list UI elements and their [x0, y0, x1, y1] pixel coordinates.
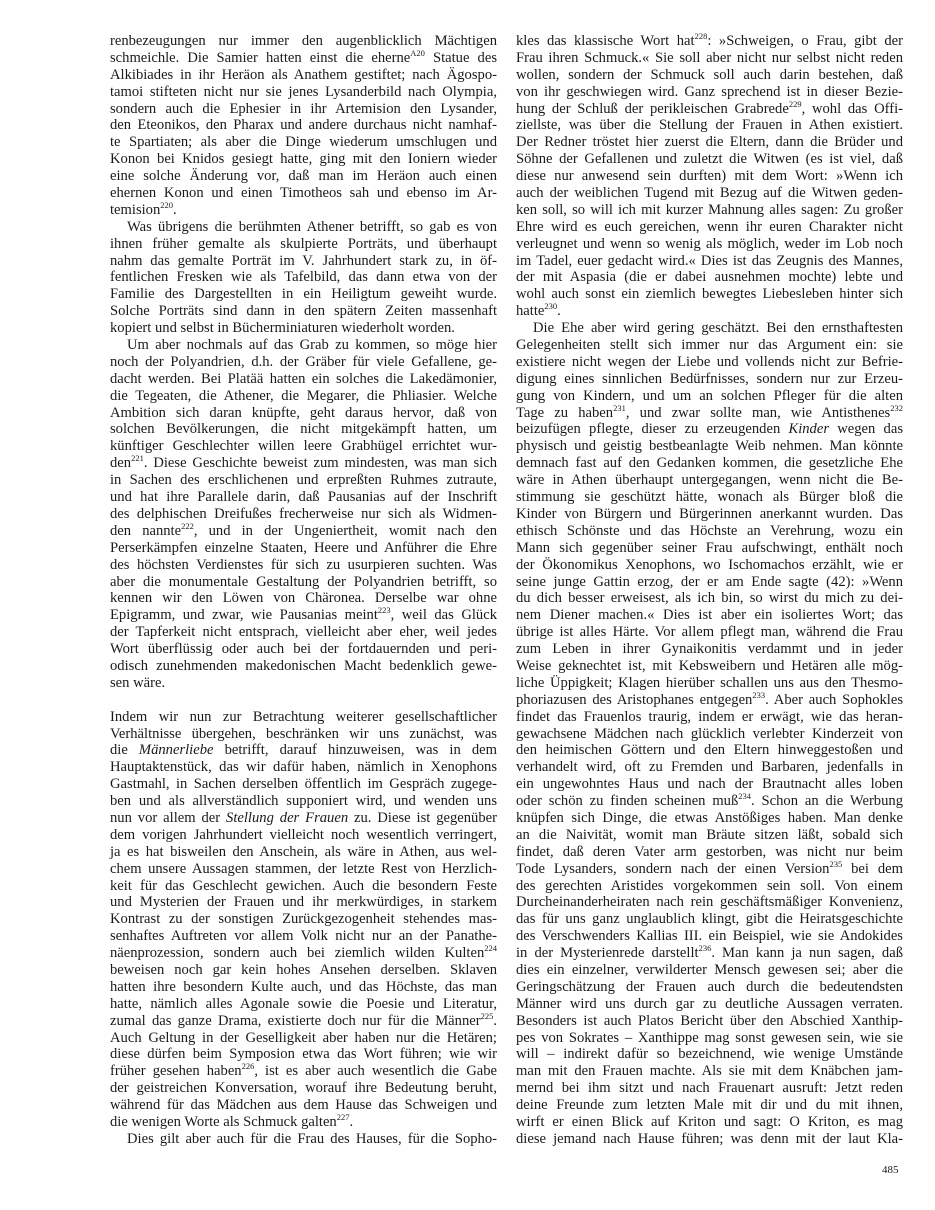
right-column: kles das klassische Wort hat228: »Schwei…: [516, 33, 903, 1148]
text-line: in Sachen des erschlichenen und erpreßte…: [110, 472, 497, 489]
text-line: Wort überflüssig oder auch bei der fortd…: [110, 641, 497, 658]
text-line: liche Üppigkeit; Klagen hierüber schalle…: [516, 675, 903, 692]
text-line: Der Redner tröstet hier zuerst die Elter…: [516, 134, 903, 151]
text-line: den heimischen Göttern und den Eltern hi…: [516, 742, 903, 759]
text-line: den nannte222, und in der Ungeniertheit,…: [110, 523, 497, 540]
text-line: Epigramm, und zwar, wie Pausanias meint2…: [110, 607, 497, 624]
text-line: Auch Geltung in der Geselligkeit aber ha…: [110, 1030, 497, 1047]
text-line: temision220.: [110, 202, 497, 219]
text-line: zum Leben in ihrer Gynaikonitis verdammt…: [516, 641, 903, 658]
text-line: man mit den Frauen machte. Als sie mit d…: [516, 1063, 903, 1080]
text-line: te Spartiaten; als aber die Dinge wieder…: [110, 134, 497, 151]
text-line: Männer wird uns durch gar zu deutliche A…: [516, 996, 903, 1013]
text-line: fentlichen Fresken wie als Tafelbild, da…: [110, 269, 497, 286]
text-line: phoriazusen des Aristophanes entgegen233…: [516, 692, 903, 709]
text-line: hatte230.: [516, 303, 903, 320]
text-line: ein ungewohntes Haus und nach der Brautn…: [516, 776, 903, 793]
text-line: aber die monumentale Gestaltung der Poly…: [110, 574, 497, 591]
text-line: beweisen noch gar kein hohes Ansehen der…: [110, 962, 497, 979]
text-line: mernd bei ihm sitzt und nach Frauenart a…: [516, 1080, 903, 1097]
text-line: Was übrigens die berühmten Athener betri…: [110, 219, 497, 236]
text-line: stimmung sie geschützt hätte, wonach als…: [516, 489, 903, 506]
left-column: renbezeugungen nur immer den augenblickl…: [110, 33, 497, 1148]
text-line: den Eteonikos, den Pharax und andere dur…: [110, 117, 497, 134]
text-line: Perserkämpfen einzelne Staaten, Heere un…: [110, 540, 497, 557]
text-line: Ehre wird es euch gereichen, wenn ihr eu…: [516, 219, 903, 236]
text-line: ethisch Schönste und das Höchste an Vere…: [516, 523, 903, 540]
text-line: die Tegeaten, die Athener, die Megarer, …: [110, 388, 497, 405]
text-line: des delphischen Dreifußes frecherweise n…: [110, 506, 497, 523]
text-line: Verhältnisse übergehen, beschränken wir …: [110, 726, 497, 743]
text-line: diese jemand nach Hause führen; was denn…: [516, 1131, 903, 1148]
text-line: dem vorigen Jahrhundert vielleicht noch …: [110, 827, 497, 844]
text-line: noch der Polyandrien, d.h. der Gräber fü…: [110, 354, 497, 371]
text-line: ihnen früher gemalte als skulpierte Port…: [110, 236, 497, 253]
text-line: ziellste, was über die Stellung der Frau…: [516, 117, 903, 134]
text-line: und Mysterien der Frauen und ihr merkwür…: [110, 894, 497, 911]
text-line: Alkibiades in ihr Heräon als Anathem ges…: [110, 67, 497, 84]
text-line: Kinder von Bürgern und Bürgerinnen anerk…: [516, 506, 903, 523]
text-line: den221. Diese Geschichte beweist zum min…: [110, 455, 497, 472]
text-line: der mit Aspasia (die er dabei ausnehmen …: [516, 269, 903, 286]
text-line: nem Diener machen.« Dies ist aber ein is…: [516, 607, 903, 624]
text-line: Konon bei Knidos gesiegt hatte, ging mit…: [110, 151, 497, 168]
text-line: kles das klassische Wort hat228: »Schwei…: [516, 33, 903, 50]
text-line: diese nur anwesend sein durften) mit dem…: [516, 168, 903, 185]
text-line: Gastmahl, in Sachen derselben öffentlich…: [110, 776, 497, 793]
text-line: der Tapferkeit nicht entsprach, vielleic…: [110, 624, 497, 641]
text-line: übrige ist alles Härte. Vor allem pflegt…: [516, 624, 903, 641]
text-line: die Männerliebe betrifft, darauf hinzuwe…: [110, 742, 497, 759]
paragraph-gap: [110, 692, 497, 709]
text-line: der geistreichen Konversation, worauf ih…: [110, 1080, 497, 1097]
text-line: findet das Frauenlos traurig, indem er e…: [516, 709, 903, 726]
text-line: gewachsene Mädchen nach glücklich verleb…: [516, 726, 903, 743]
text-line: oder schön zu finden scheinen muß234. Sc…: [516, 793, 903, 810]
text-line: hatte, nämlich alles Agonale sowie die P…: [110, 996, 497, 1013]
text-line: odisch zunehmenden makedonischen Macht b…: [110, 658, 497, 675]
text-line: Die Ehe aber wird gering geschätzt. Bei …: [516, 320, 903, 337]
text-line: will – indirekt dafür so bezeichnend, wi…: [516, 1046, 903, 1063]
text-line: keit für das Geschlecht gewichen. Auch d…: [110, 878, 497, 895]
text-line: zumal das ganze Drama, existierte doch n…: [110, 1013, 497, 1030]
text-line: verhandelt wird, oft zu Fremden und Barb…: [516, 759, 903, 776]
text-line: senhaftes Auftreten vor allem Volk nicht…: [110, 928, 497, 945]
text-line: Tode Lysanders, sondern nach der einen V…: [516, 861, 903, 878]
text-line: hung der Schluß der perikleischen Grabre…: [516, 101, 903, 118]
text-line: pes von Sokrates – Xanthippe mag sonst g…: [516, 1030, 903, 1047]
text-line: Hauptaktenstück, das wir dafür haben, nä…: [110, 759, 497, 776]
text-line: während für das Mädchen aus dem Hause da…: [110, 1097, 497, 1114]
text-line: Söhne der Gefallenen und zuletzt die Wit…: [516, 151, 903, 168]
text-line: Dies gilt aber auch für die Frau des Hau…: [110, 1131, 497, 1148]
text-line: Frau ihren Schmuck.« Sie soll aber nicht…: [516, 50, 903, 67]
text-line: Weise geknechtet ist, mit Kebsweibern un…: [516, 658, 903, 675]
text-line: verleugnet und wenn so wenig als möglich…: [516, 236, 903, 253]
text-line: Geringschätzung der Frauen auch durch di…: [516, 979, 903, 996]
text-line: wäre in Athen überhaupt untergegangen, w…: [516, 472, 903, 489]
text-line: solchen Bevölkerungen, die nicht mitgekä…: [110, 421, 497, 438]
text-line: schmeichle. Die Samier hatten einst die …: [110, 50, 497, 67]
text-line: eine solche Änderung vor, daß man im Her…: [110, 168, 497, 185]
text-line: der Ökonomikus Xenophons, wo Ischomachos…: [516, 557, 903, 574]
text-line: des höchsten Verdienstes für sich zu usu…: [110, 557, 497, 574]
text-line: diese dürfen beim Symposion etwa das Wor…: [110, 1046, 497, 1063]
text-line: Besonders ist auch Platos Bericht über d…: [516, 1013, 903, 1030]
text-line: seine junge Gattin erzog, der er am Ende…: [516, 574, 903, 591]
text-line: ben und als allverständlich supponiert w…: [110, 793, 497, 810]
text-line: Kontrast zu der sonstigen Zurückgezogenh…: [110, 911, 497, 928]
text-line: wohl auch sonst ein ziemlich bewegtes Li…: [516, 286, 903, 303]
text-line: deine Freunde zum letzten Male mit dir u…: [516, 1097, 903, 1114]
text-line: demnach fast auf den Gedanken kommen, di…: [516, 455, 903, 472]
text-line: wollen, sondern der Schmuck soll auch da…: [516, 67, 903, 84]
text-line: das für uns ganz unglaublich klingt, gib…: [516, 911, 903, 928]
text-line: künftiger Geschlechter willen leere Grab…: [110, 438, 497, 455]
text-line: dacht werden. Bei Platää hatten ein solc…: [110, 371, 497, 388]
text-line: kennen wir den Löwen von Chäronea. Derse…: [110, 590, 497, 607]
page-number: 485: [882, 1164, 899, 1176]
text-line: im Tadel, euer gedacht wird.« Dies ist d…: [516, 253, 903, 270]
text-line: gung von Kindern, und um an solchen Pfle…: [516, 388, 903, 405]
text-line: hatten ihre besondern Kulte auch, und da…: [110, 979, 497, 996]
text-line: Ambition sich daran knüpfte, geht daraus…: [110, 405, 497, 422]
text-line: du dich besser erweisest, als ich bin, s…: [516, 590, 903, 607]
text-line: knüpfen sich Dinge, die etwas Anstößiges…: [516, 810, 903, 827]
text-line: renbezeugungen nur immer den augenblickl…: [110, 33, 497, 50]
text-line: in der Mysterienrede darstellt236. Man k…: [516, 945, 903, 962]
text-line: nun vor allem der Stellung der Frauen zu…: [110, 810, 497, 827]
text-line: kopiert und selbst in Bücherminiaturen w…: [110, 320, 497, 337]
text-line: ken soll, so will ich mit kurzer Mahnung…: [516, 202, 903, 219]
text-line: Um aber nochmals auf das Grab zu kommen,…: [110, 337, 497, 354]
text-line: sondern auch die Ephesier in ihr Artemis…: [110, 101, 497, 118]
book-page: renbezeugungen nur immer den augenblickl…: [0, 0, 935, 1210]
text-line: physisch und geistig bestbeanlagte Weib …: [516, 438, 903, 455]
text-line: und hat ihre Parallele darin, daß Pausan…: [110, 489, 497, 506]
text-line: sen wäre.: [110, 675, 497, 692]
text-line: dies ein einzelner, verwilderter Mensch …: [516, 962, 903, 979]
text-line: früher gesehen haben226, ist es aber auc…: [110, 1063, 497, 1080]
text-line: die wenigen Worte als Schmuck galten227.: [110, 1114, 497, 1131]
text-line: digung eines sinnlichen Bedürfnisses, so…: [516, 371, 903, 388]
text-line: Indem wir nun zur Betrachtung weiterer g…: [110, 709, 497, 726]
text-line: Mann sich gegenüber seiner Frau aufschwi…: [516, 540, 903, 557]
text-line: des gerechten Aristides vorgekommen sein…: [516, 878, 903, 895]
text-line: Gelegenheiten stellt sich immer nur das …: [516, 337, 903, 354]
text-line: beizufügen pflegte, dieser zu erzeugende…: [516, 421, 903, 438]
text-line: Solche Porträts sind dann in den spätern…: [110, 303, 497, 320]
text-line: chem unsere Aussagen stammen, der letzte…: [110, 861, 497, 878]
text-line: Durcheinanderheiraten nach rein geschäft…: [516, 894, 903, 911]
text-line: näenprozession, sondern auch bei ziemlic…: [110, 945, 497, 962]
text-line: findet, daß deren Vater arm gestorben, w…: [516, 844, 903, 861]
text-line: tamoi stifteten nicht nur sie jenes Lysa…: [110, 84, 497, 101]
text-line: Familie des Dargestellten in ein Heiligt…: [110, 286, 497, 303]
text-line: wirft er einen Blick auf Kriton und sagt…: [516, 1114, 903, 1131]
text-line: ja es hat bisweilen den Anschein, als wä…: [110, 844, 497, 861]
text-line: von ihr geschwiegen wird. Ganz sprechend…: [516, 84, 903, 101]
text-line: existiere nicht wegen der Liebe und voll…: [516, 354, 903, 371]
text-line: Tage zu haben231, und zwar sollte man, w…: [516, 405, 903, 422]
text-line: nahm das gemalte Porträt im V. Jahrhunde…: [110, 253, 497, 270]
text-line: an die Naivität, womit man Bräute sitzen…: [516, 827, 903, 844]
text-line: auch der weiblichen Tugend mit Bezug auf…: [516, 185, 903, 202]
